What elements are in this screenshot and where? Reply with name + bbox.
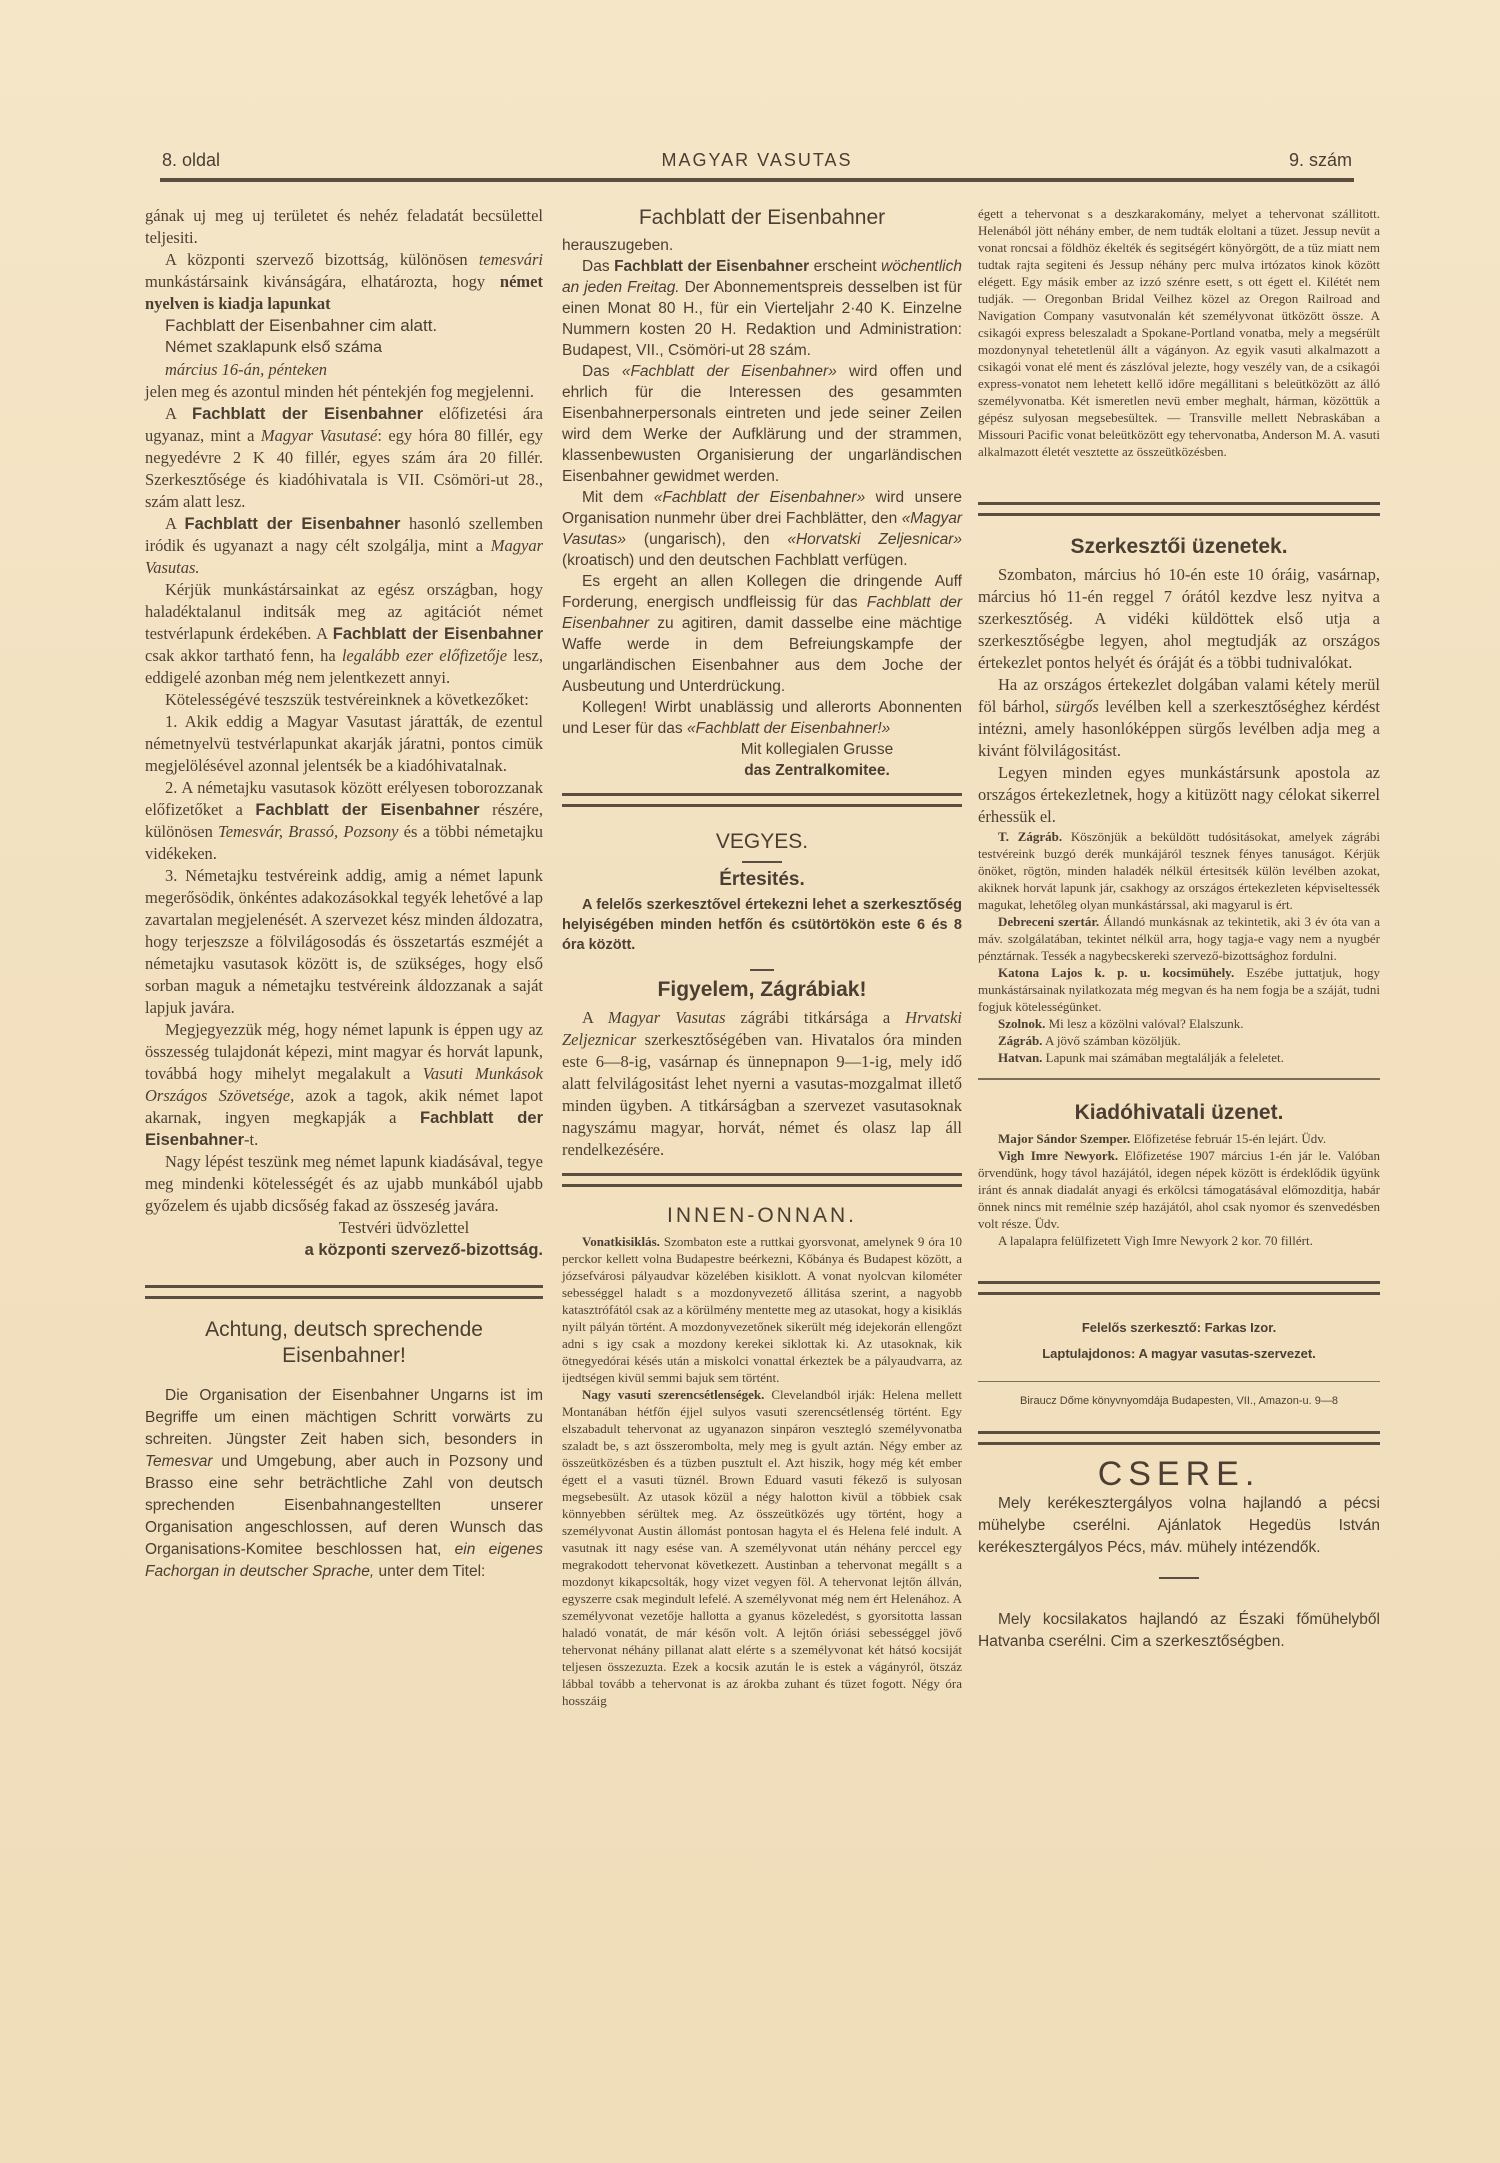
owner-line: Laptulajdonos: A magyar vasutas-szerveze… bbox=[978, 1341, 1380, 1367]
paragraph: Es ergeht an allen Kollegen die dringend… bbox=[562, 571, 962, 697]
printer-line: Biraucz Dőme könyvnyomdája Budapesten, V… bbox=[978, 1394, 1380, 1409]
message-item: Debreceni szertár. Állandó munkásnak az … bbox=[978, 913, 1380, 964]
paragraph: Német szaklapunk első száma bbox=[145, 337, 543, 359]
page-header: 8. oldal MAGYAR VASUTAS 9. szám bbox=[162, 150, 1352, 174]
paragraph: A Fachblatt der Eisenbahner hasonló szel… bbox=[145, 513, 543, 579]
paragraph: gának uj meg uj területet és nehéz felad… bbox=[145, 205, 543, 249]
dash-divider bbox=[1159, 1577, 1199, 1579]
message-item: Zágráb. A jövő számban közöljük. bbox=[978, 1032, 1380, 1049]
publisher-messages-title: Kiadóhivatali üzenet. bbox=[978, 1100, 1380, 1126]
paragraph: Kollegen! Wirbt unablässig und allerorts… bbox=[562, 697, 962, 739]
signature-greeting: Testvéri üdvözlettel bbox=[145, 1217, 543, 1239]
paragraph: 1. Akik eddig a Magyar Vasutast járatták… bbox=[145, 711, 543, 777]
newspaper-page: 8. oldal MAGYAR VASUTAS 9. szám gának uj… bbox=[0, 0, 1500, 2163]
paragraph: Megjegyezzük még, hogy német lapunk is é… bbox=[145, 1019, 543, 1151]
double-rule bbox=[978, 1281, 1380, 1295]
message-item: A lapalapra felülfizetett Vigh Imre Newy… bbox=[978, 1232, 1380, 1249]
editorial-messages-title: Szerkesztői üzenetek. bbox=[978, 534, 1380, 560]
zagreb-title: Figyelem, Zágrábiak! bbox=[562, 977, 962, 1003]
newspaper-title: MAGYAR VASUTAS bbox=[162, 150, 1352, 171]
paragraph: Legyen minden egyes munkástársunk aposto… bbox=[978, 762, 1380, 828]
paragraph: 2. A németajku vasutasok között erélyese… bbox=[145, 777, 543, 865]
paragraph: Mit dem «Fachblatt der Eisenbahner» wird… bbox=[562, 487, 962, 571]
message-item: Katona Lajos k. p. u. kocsimühely. Eszéb… bbox=[978, 964, 1380, 1015]
paragraph: A központi szervező bizottság, különösen… bbox=[145, 249, 543, 315]
paragraph: Mely kerékesztergályos volna hajlandó a … bbox=[978, 1493, 1380, 1559]
paragraph: Szombaton, március hó 10-én este 10 órái… bbox=[978, 564, 1380, 674]
double-rule bbox=[562, 1173, 962, 1187]
column-middle: Fachblatt der Eisenbahner herauszugeben.… bbox=[562, 205, 962, 1709]
paragraph: Das Fachblatt der Eisenbahner erscheint … bbox=[562, 256, 962, 361]
news-item: Nagy vasuti szerencsétlenségek. Clevelan… bbox=[562, 1386, 962, 1709]
paragraph: Fachblatt der Eisenbahner cim alatt. bbox=[145, 315, 543, 337]
exchange-title: CSERE. bbox=[978, 1463, 1380, 1485]
message-item: Hatvan. Lapunk mai számában megtalálják … bbox=[978, 1049, 1380, 1066]
message-item: Major Sándor Szemper. Előfizetése februá… bbox=[978, 1130, 1380, 1147]
paragraph: herauszugeben. bbox=[562, 235, 962, 256]
dash-divider bbox=[750, 969, 774, 971]
column-right: égett a tehervonat s a deszkarakomány, m… bbox=[978, 205, 1380, 1653]
message-item: T. Zágráb. Köszönjük a beküldött tudósit… bbox=[978, 828, 1380, 913]
message-item: Vigh Imre Newyork. Előfizetése 1907 márc… bbox=[978, 1147, 1380, 1232]
column-left: gának uj meg uj területet és nehéz felad… bbox=[145, 205, 543, 1583]
paragraph: Kötelességévé teszszük testvéreinknek a … bbox=[145, 689, 543, 711]
news-item-continued: égett a tehervonat s a deszkarakomány, m… bbox=[978, 205, 1380, 460]
double-rule bbox=[562, 793, 962, 807]
double-rule bbox=[978, 1431, 1380, 1445]
section-title-vegyes: VEGYES. bbox=[562, 829, 962, 855]
paragraph: jelen meg és azontul minden hét péntekjé… bbox=[145, 381, 543, 403]
paragraph: Nagy lépést teszünk meg német lapunk kia… bbox=[145, 1151, 543, 1217]
dash-divider bbox=[742, 861, 782, 863]
paragraph: Das «Fachblatt der Eisenbahner» wird off… bbox=[562, 361, 962, 487]
rule bbox=[978, 1078, 1380, 1080]
paragraph: A Magyar Vasutas zágrábi titkársága a Hr… bbox=[562, 1007, 962, 1161]
paragraph: Kérjük munkástársainkat az egész országb… bbox=[145, 579, 543, 689]
issue-number: 9. szám bbox=[1289, 150, 1352, 171]
paragraph: Mely kocsilakatos hajlandó az Északi főm… bbox=[978, 1609, 1380, 1653]
section-title-innen-onnan: INNEN-ONNAN. bbox=[562, 1203, 962, 1229]
rule bbox=[978, 1381, 1380, 1382]
double-rule bbox=[978, 502, 1380, 516]
header-rule bbox=[160, 178, 1354, 182]
signature-greeting: Mit kollegialen Grusse bbox=[562, 739, 962, 760]
german-section-title: Achtung, deutsch sprechende Eisenbahner! bbox=[145, 1317, 543, 1369]
signature: das Zentralkomitee. bbox=[562, 760, 962, 781]
news-item: Vonatkisiklás. Szombaton este a ruttkai … bbox=[562, 1233, 962, 1386]
paragraph: március 16-án, pénteken bbox=[145, 359, 543, 381]
paragraph: Die Organisation der Eisenbahner Ungarns… bbox=[145, 1385, 543, 1583]
editor-line: Felelős szerkesztő: Farkas Izor. bbox=[978, 1315, 1380, 1341]
german-paper-title: Fachblatt der Eisenbahner bbox=[562, 205, 962, 231]
message-item: Szolnok. Mi lesz a közölni valóval? Elal… bbox=[978, 1015, 1380, 1032]
double-rule bbox=[145, 1285, 543, 1299]
notice-title: Értesités. bbox=[562, 869, 962, 891]
signature: a központi szervező-bizottság. bbox=[145, 1239, 543, 1261]
paragraph: A felelős szerkesztővel értekezni lehet … bbox=[562, 895, 962, 955]
paragraph: A Fachblatt der Eisenbahner előfizetési … bbox=[145, 403, 543, 513]
paragraph: 3. Németajku testvéreink addig, amig a n… bbox=[145, 865, 543, 1019]
paragraph: Ha az országos értekezlet dolgában valam… bbox=[978, 674, 1380, 762]
